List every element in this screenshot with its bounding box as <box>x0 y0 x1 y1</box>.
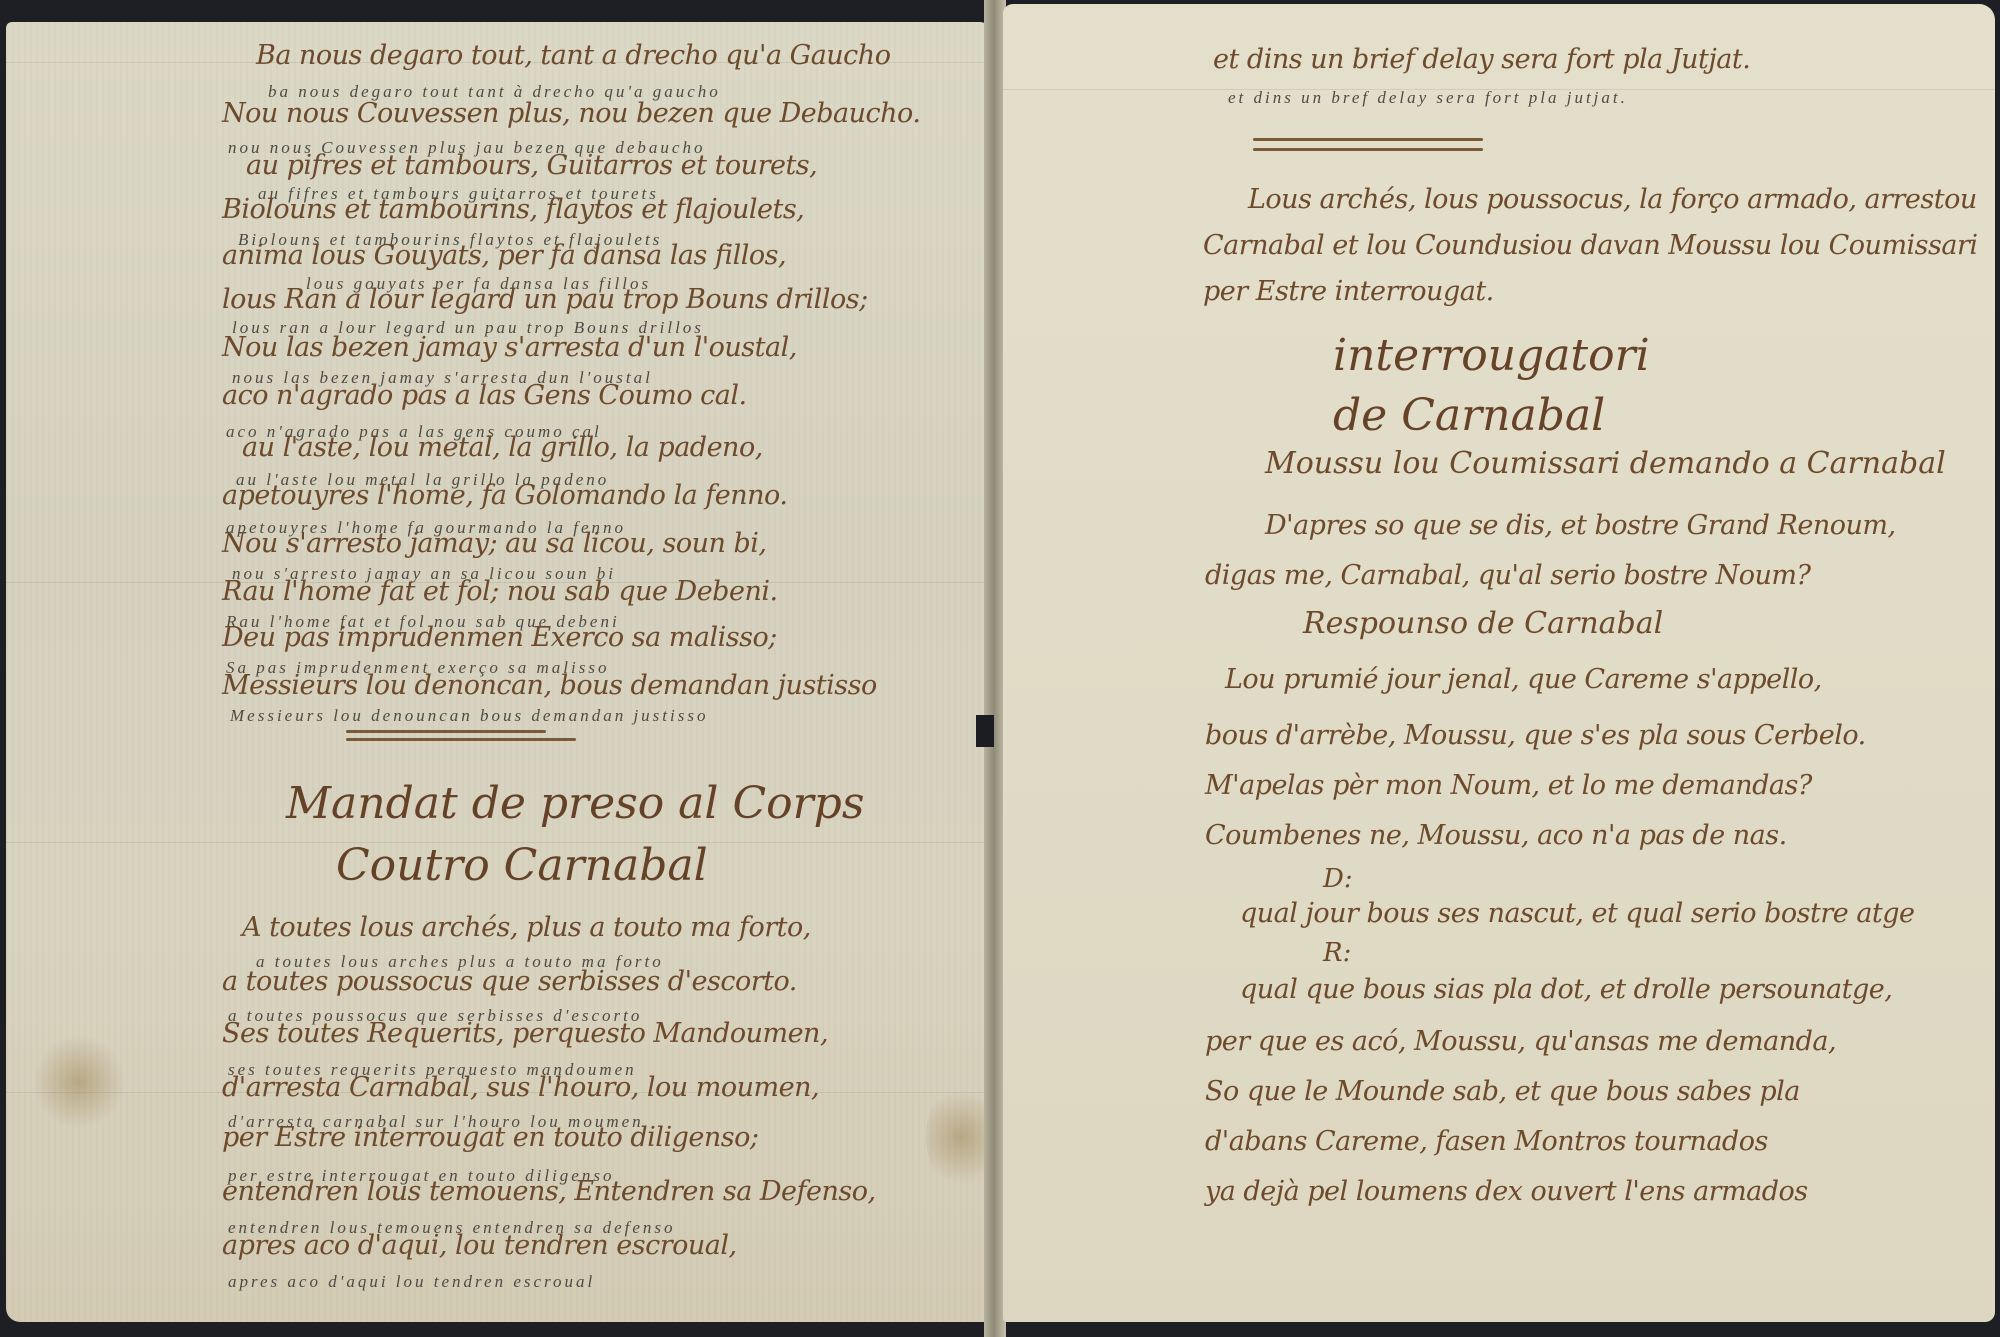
verse-line: a toutes poussocus que serbisses d'escor… <box>222 966 797 997</box>
answer-line: M'apelas pèr mon Noum, et lo me demandas… <box>1205 770 1812 801</box>
verse-line: Ses toutes Requerits, perquesto Mandoume… <box>222 1018 828 1049</box>
verse-line: per Estre interrougat en touto diligenso… <box>222 1122 758 1153</box>
narrative-line: per Estre interrougat. <box>1203 276 1494 307</box>
section-divider <box>1253 148 1483 151</box>
verse-line: apres aco d'aqui, lou tendren escroual, <box>222 1230 737 1261</box>
subheading: Moussu lou Coumissari demando a Carnabal <box>1265 446 1946 481</box>
response-heading: Respounso de Carnabal <box>1303 606 1663 641</box>
verse-line: Rau l'home fat et fol; nou sab que Deben… <box>222 576 778 607</box>
binding-tab <box>976 715 994 747</box>
verse-line: Nou s'arresto jamay; au sa licou, soun b… <box>222 528 766 559</box>
verse-line: Ba nous degaro tout, tant a drecho qu'a … <box>256 40 890 71</box>
answer-line: per que es acó, Moussu, qu'ansas me dema… <box>1205 1026 1836 1057</box>
verse-line: Biolouns et tambourins, flaytos et flajo… <box>222 194 804 225</box>
verse-line: d'arresta Carnabal, sus l'houro, lou mou… <box>222 1072 819 1103</box>
verse-line: anima lous Gouyats, per fa dansa las fil… <box>222 240 786 271</box>
answer-line: qual que bous sias pla dot, et drolle pe… <box>1240 974 1892 1005</box>
verse-line: A toutes lous archés, plus a touto ma fo… <box>242 912 811 943</box>
answer-line: Coumbenes ne, Moussu, aco n'a pas de nas… <box>1205 820 1787 851</box>
section-heading: Mandat de preso al Corps <box>286 778 864 829</box>
water-stain <box>926 1082 990 1192</box>
verse-line: Nou nous Couvessen plus, nou bezen que D… <box>222 98 920 129</box>
verse-line: Messieurs lou denoncan, bous demandan ju… <box>222 670 877 701</box>
question-line: qual jour bous ses nascut, et qual serio… <box>1240 898 1915 929</box>
right-manuscript-page: et dins un brief delay sera fort pla Jut… <box>1003 4 1995 1322</box>
question-line: D'apres so que se dis, et bostre Grand R… <box>1265 510 1896 541</box>
section-divider <box>346 738 576 741</box>
question-line: digas me, Carnabal, qu'al serio bostre N… <box>1205 560 1811 591</box>
verse-line: au pifres et tambours, Guitarros et tour… <box>246 150 817 181</box>
verse-line: Deu pas imprudenmen Exerco sa malisso; <box>222 622 777 653</box>
verse-line: aco n'agrado pas a las Gens Coumo cal. <box>222 380 747 411</box>
verse-line: lous Ran a lour legard un pau trop Bouns… <box>222 284 868 315</box>
verse-line: et dins un brief delay sera fort pla Jut… <box>1213 44 1750 75</box>
answer-line: So que le Mounde sab, et que bous sabes … <box>1205 1076 1800 1107</box>
answer-line: bous d'arrèbe, Moussu, que s'es pla sous… <box>1205 720 1866 751</box>
verse-line: Nou las bezen jamay s'arresta d'un l'ous… <box>222 332 797 363</box>
answer-line: Lou prumié jour jenal, que Careme s'appe… <box>1225 664 1822 695</box>
narrative-line: Lous archés, lous poussocus, la forço ar… <box>1248 184 1977 215</box>
dialogue-marker-d: D: <box>1323 864 1353 894</box>
transcription-line: et dins un bref delay sera fort pla jutj… <box>1228 88 1628 108</box>
section-divider <box>1253 138 1483 141</box>
answer-line: ya dejà pel loumens dex ouvert l'ens arm… <box>1205 1176 1808 1207</box>
verse-line: au l'aste, lou metal, la grillo, la pade… <box>242 432 763 463</box>
water-stain <box>34 1032 124 1132</box>
transcription-line: apres aco d'aqui lou tendren escroual <box>228 1272 595 1292</box>
dialogue-marker-r: R: <box>1323 938 1351 968</box>
section-divider <box>346 730 546 733</box>
section-heading: interrougatori <box>1333 330 1650 381</box>
answer-line: d'abans Careme, fasen Montros tournados <box>1205 1126 1768 1157</box>
section-heading: de Carnabal <box>1333 390 1605 441</box>
verse-line: entendren lous temouens, Entendren sa De… <box>222 1176 876 1207</box>
narrative-line: Carnabal et lou Coundusiou davan Moussu … <box>1203 230 1978 261</box>
section-heading: Coutro Carnabal <box>336 840 708 891</box>
transcription-line: Messieurs lou denouncan bous demandan ju… <box>230 706 708 726</box>
verse-line: apetouyres l'home, fa Golomando la fenno… <box>222 480 787 511</box>
left-manuscript-page: Ba nous degaro tout, tant a drecho qu'a … <box>6 22 990 1322</box>
